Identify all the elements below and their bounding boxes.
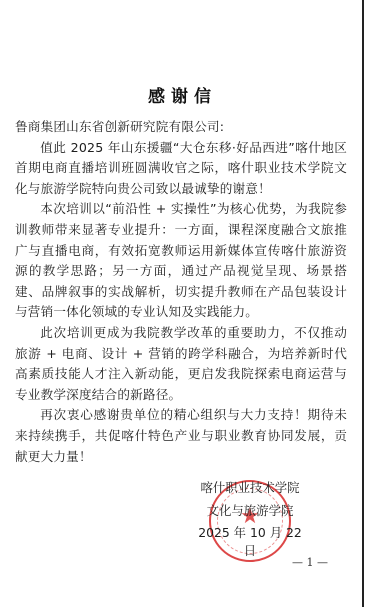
signature-org-line1: 喀什职业技术学院 bbox=[195, 478, 305, 496]
paragraph-3: 此次培训更成为我院教学改革的重要助力，不仅推动旅游 + 电商、设计 + 营销的跨… bbox=[15, 323, 347, 405]
letter-body: 鲁商集团山东省创新研究院有限公司: 值此 2025 年山东援疆“大仓东移·好品西… bbox=[15, 117, 347, 467]
signature-org-line2: 文化与旅游学院 bbox=[195, 501, 305, 519]
paragraph-4: 再次衷心感谢贵单位的精心组织与大力支持！期待未来持续携手，共促喀什特色产业与职业… bbox=[15, 405, 347, 467]
salutation: 鲁商集团山东省创新研究院有限公司: bbox=[15, 117, 347, 138]
document-title: 感谢信 bbox=[0, 82, 365, 107]
signature-date: 2025 年 10 月 22 日 bbox=[195, 523, 305, 559]
paragraph-2: 本次培训以“前沿性 + 实操性”为核心优势，为我院参训教师带来显著专业提升：一方… bbox=[15, 199, 347, 323]
paragraph-1: 值此 2025 年山东援疆“大仓东移·好品西进”喀什地区首期电商直播培训班圆满收… bbox=[15, 138, 347, 200]
